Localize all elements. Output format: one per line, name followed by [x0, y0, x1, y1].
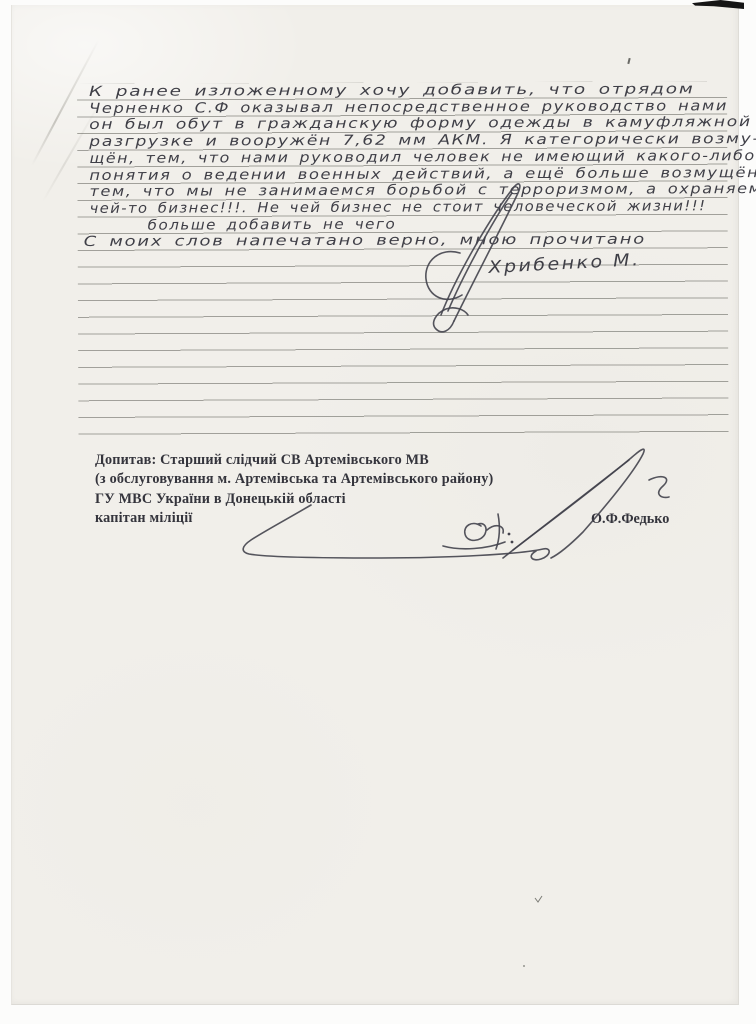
ink-speck	[523, 965, 525, 967]
handwritten-line: С моих слов напечатано верно, мною прочи…	[84, 232, 646, 251]
ink-speck	[627, 58, 630, 64]
typed-line: (з обслуговування м. Артемівська та Арте…	[95, 470, 595, 489]
ink-speck	[534, 895, 544, 904]
handwritten-line: больше добавить не чего	[148, 216, 397, 234]
handwritten-line: чей-то бизнес!!!. Не чей бизнес не стоит…	[90, 198, 707, 218]
typed-line: Допитав: Старший слідчий СВ Артемівськог…	[95, 451, 595, 470]
investigator-name: О.Ф.Федько	[591, 511, 669, 528]
scanned-page: К ранее изложенному хочу добавить, что о…	[0, 0, 756, 1024]
typed-line: ГУ МВС України в Донецькій області	[95, 490, 595, 509]
typed-line: капітан міліції	[95, 509, 595, 528]
paper-sheet: К ранее изложенному хочу добавить, что о…	[11, 5, 739, 1005]
typed-attestation-block: Допитав: Старший слідчий СВ Артемівськог…	[95, 451, 595, 529]
